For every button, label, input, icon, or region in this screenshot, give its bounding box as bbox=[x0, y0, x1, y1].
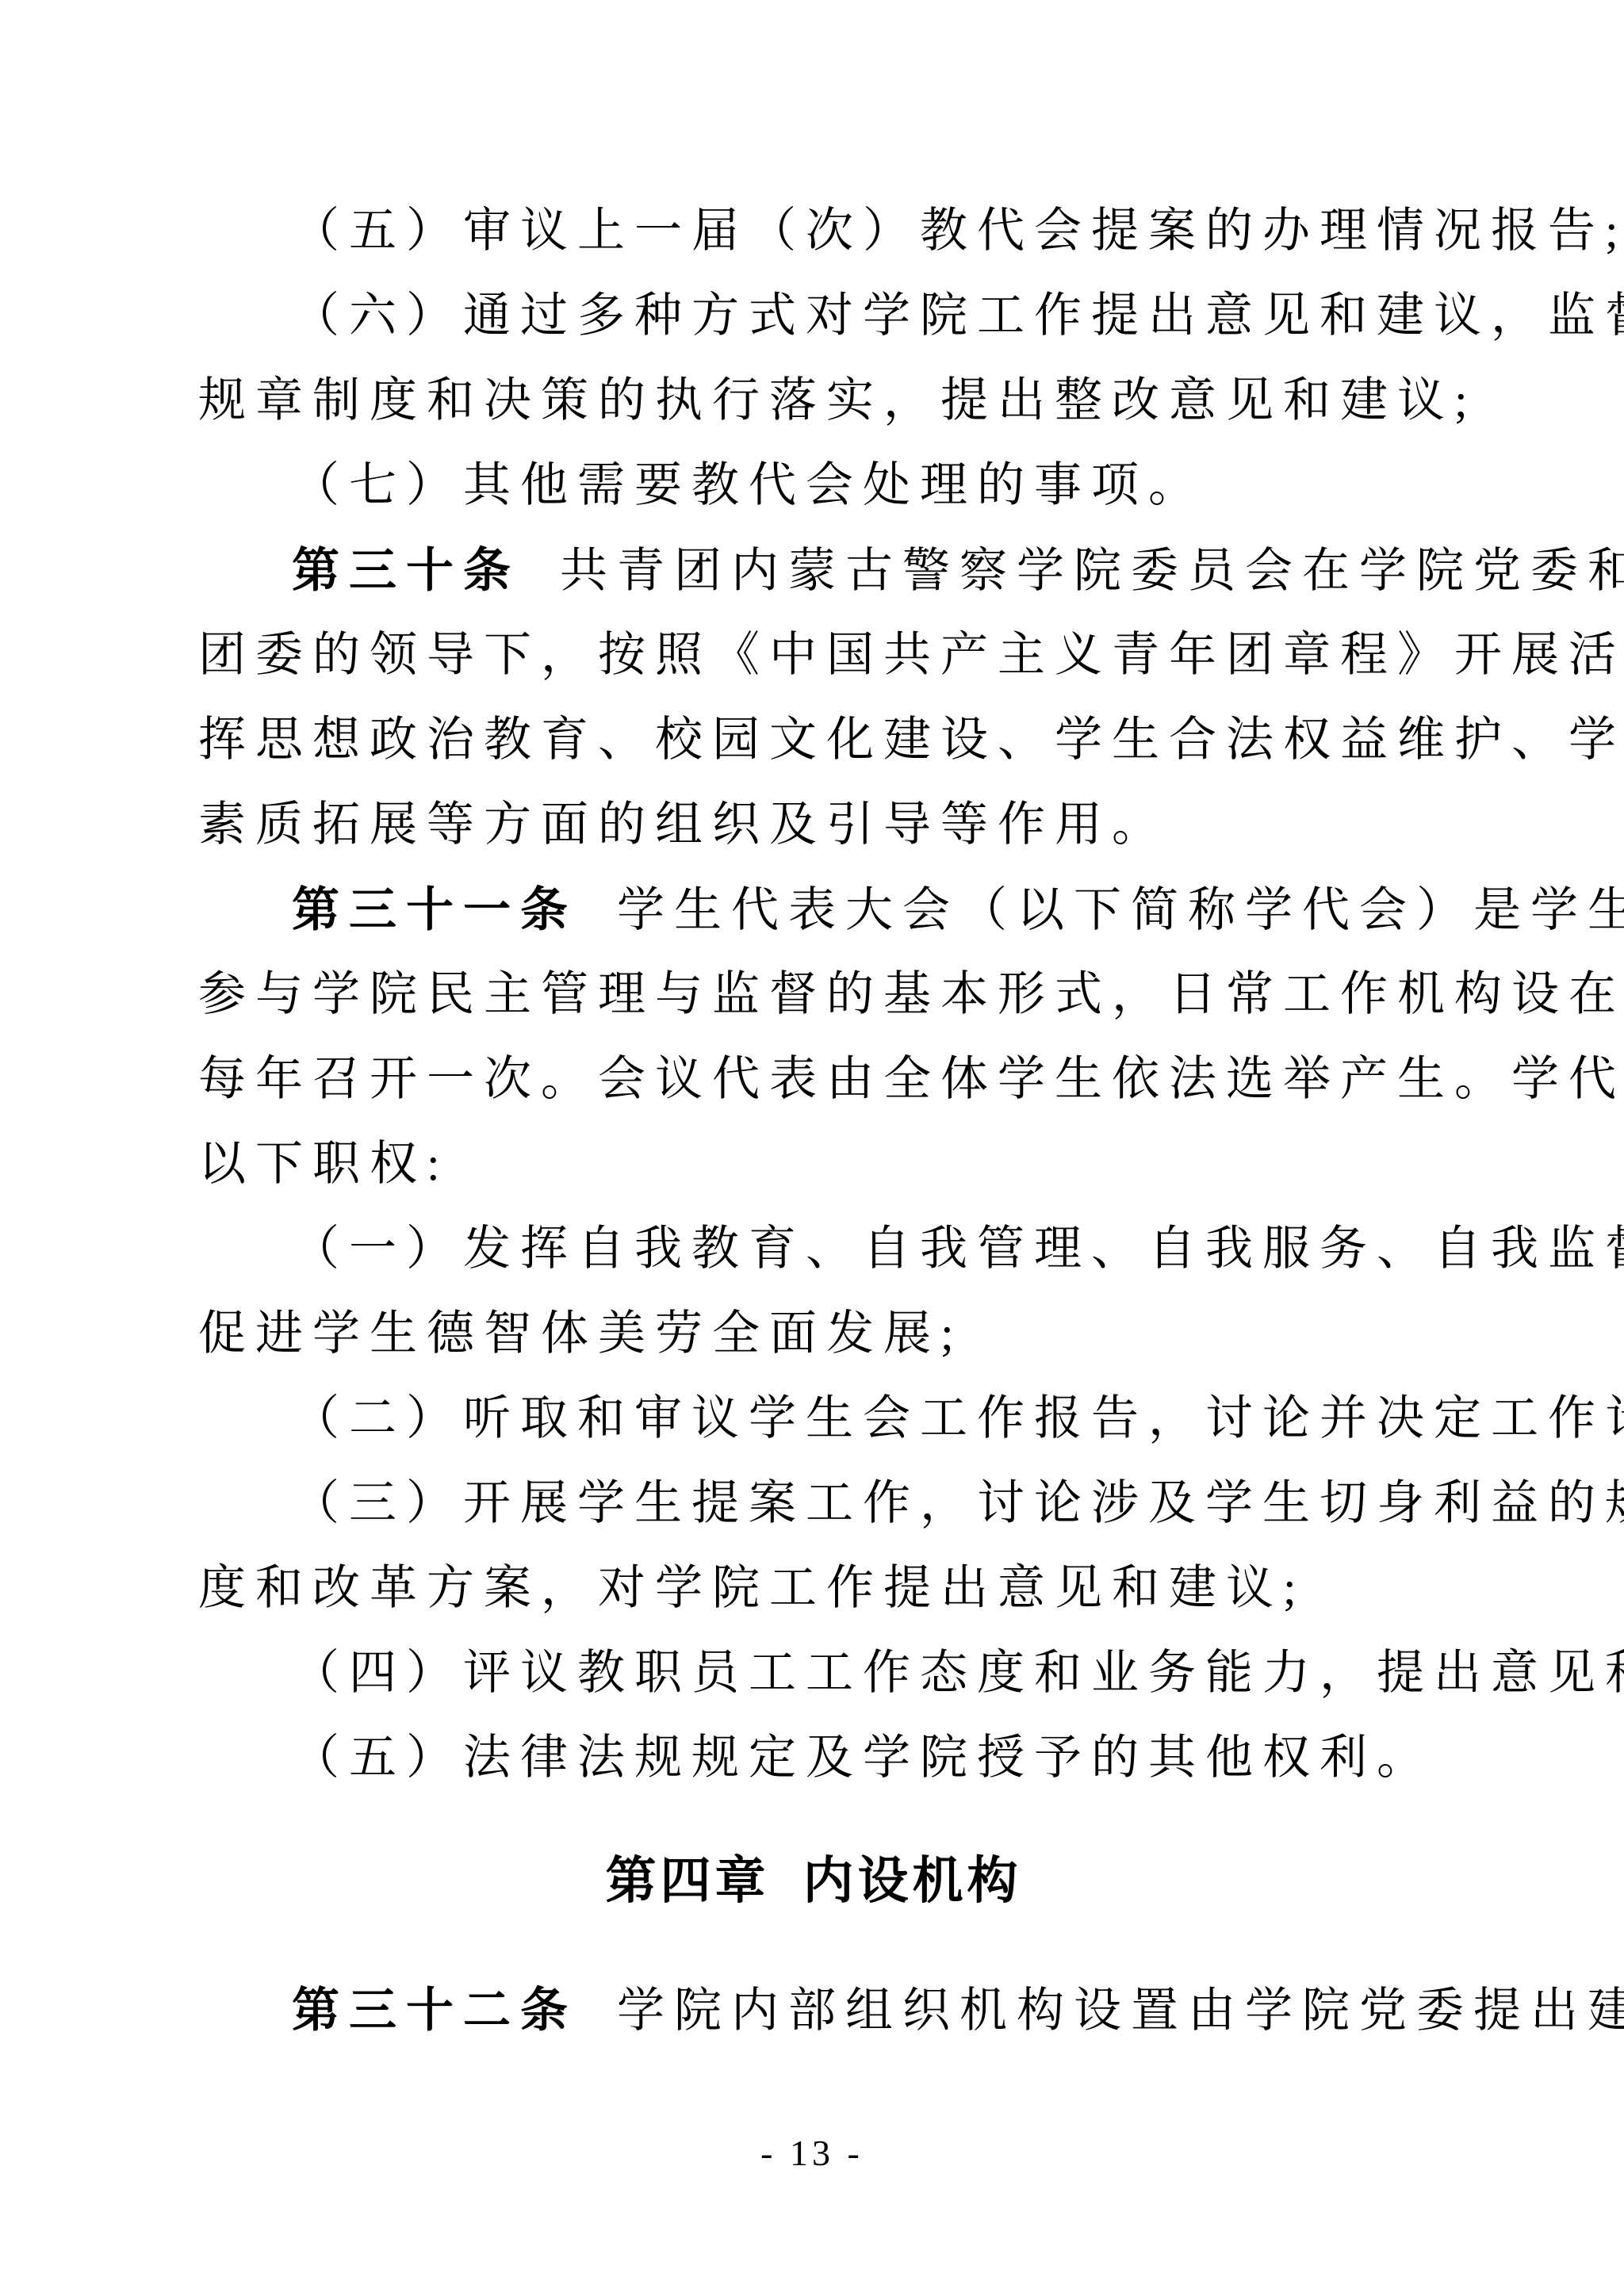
text-line: 每年召开一次。会议代表由全体学生依法选举产生。学代会行使 bbox=[198, 1037, 1429, 1122]
text-line: （四）评议教职员工工作态度和业务能力，提出意见和建议; bbox=[198, 1631, 1429, 1716]
text-line: 第三十一条学生代表大会（以下简称学代会）是学生依法 bbox=[198, 867, 1429, 952]
text-line: （五）法律法规规定及学院授予的其他权利。 bbox=[198, 1716, 1429, 1800]
text-line: 参与学院民主管理与监督的基本形式，日常工作机构设在学生会， bbox=[198, 952, 1429, 1037]
text-line: （五）审议上一届（次）教代会提案的办理情况报告; bbox=[198, 189, 1429, 274]
text-line: 第三十二条学院内部组织机构设置由学院党委提出建议， bbox=[198, 1968, 1429, 2053]
article-text: 共青团内蒙古警察学院委员会在学院党委和上级 bbox=[560, 545, 1624, 597]
page-number: - 13 - bbox=[0, 2110, 1624, 2195]
document-page: （五）审议上一届（次）教代会提案的办理情况报告; （六）通过多种方式对学院工作提… bbox=[0, 0, 1624, 2296]
chapter-number: 第四章 bbox=[606, 1852, 770, 1909]
article-text: 学院内部组织机构设置由学院党委提出建议， bbox=[617, 1984, 1624, 2037]
text-line: 促进学生德智体美劳全面发展; bbox=[198, 1291, 1429, 1376]
text-line: （七）其他需要教代会处理的事项。 bbox=[198, 443, 1429, 528]
text-line: （三）开展学生提案工作，讨论涉及学生切身利益的规章制 bbox=[198, 1461, 1429, 1546]
text-line: 第三十条共青团内蒙古警察学院委员会在学院党委和上级 bbox=[198, 528, 1429, 613]
text-line: 挥思想政治教育、校园文化建设、学生合法权益维护、学生综合 bbox=[198, 698, 1429, 783]
text-line: 以下职权: bbox=[198, 1122, 1429, 1207]
text-line: 度和改革方案，对学院工作提出意见和建议; bbox=[198, 1546, 1429, 1631]
chapter-heading: 第四章内设机构 bbox=[198, 1839, 1429, 1923]
article-number: 第三十条 bbox=[292, 544, 520, 597]
chapter-title: 内设机构 bbox=[803, 1852, 1022, 1909]
text-line: （六）通过多种方式对学院工作提出意见和建议，监督章程、 bbox=[198, 274, 1429, 358]
text-line: 素质拓展等方面的组织及引导等作用。 bbox=[198, 783, 1429, 867]
document-body: （五）审议上一届（次）教代会提案的办理情况报告; （六）通过多种方式对学院工作提… bbox=[198, 189, 1429, 2053]
text-line: （二）听取和审议学生会工作报告，讨论并决定工作计划; bbox=[198, 1376, 1429, 1461]
text-line: 规章制度和决策的执行落实，提出整改意见和建议; bbox=[198, 358, 1429, 443]
article-text: 学生代表大会（以下简称学代会）是学生依法 bbox=[617, 884, 1624, 936]
article-number: 第三十一条 bbox=[292, 883, 577, 936]
text-line: （一）发挥自我教育、自我管理、自我服务、自我监督作用， bbox=[198, 1207, 1429, 1291]
text-line: 团委的领导下，按照《中国共产主义青年团章程》开展活动，发 bbox=[198, 613, 1429, 698]
article-number: 第三十二条 bbox=[292, 1984, 577, 2037]
